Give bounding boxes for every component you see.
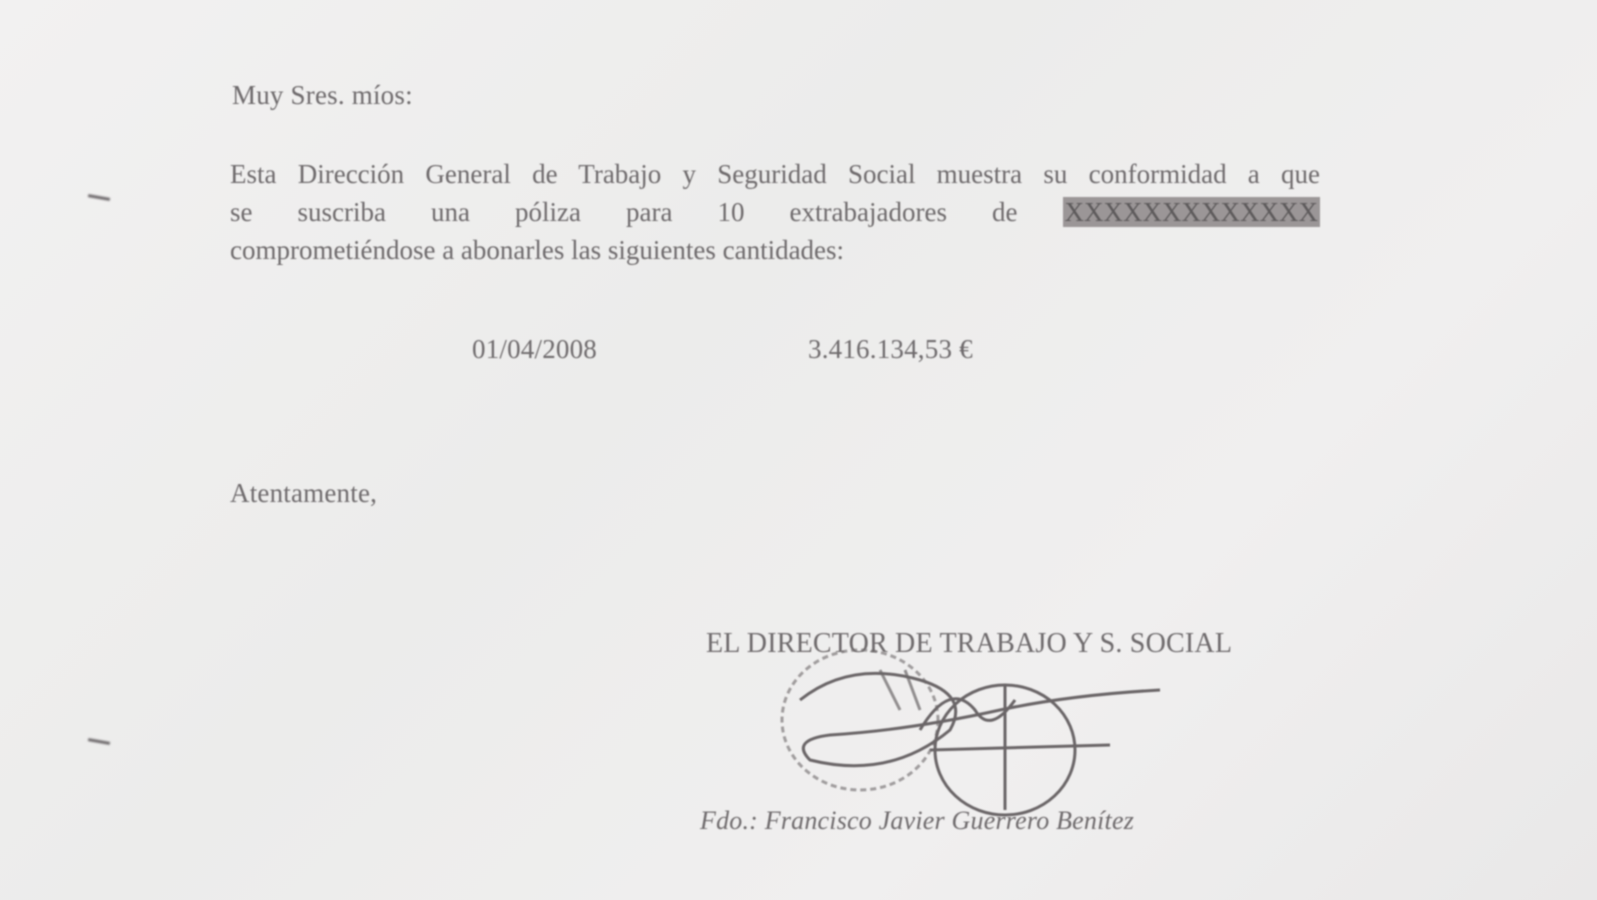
letter-body: Esta Dirección General de Trabajo y Segu… bbox=[230, 155, 1320, 269]
body-line-3: comprometiéndose a abonarles las siguien… bbox=[230, 231, 1320, 269]
payment-amount: 3.416.134,53 € bbox=[808, 334, 973, 365]
letter-closing: Atentamente, bbox=[230, 478, 377, 509]
punch-mark bbox=[88, 738, 110, 745]
body-line-1: Esta Dirección General de Trabajo y Segu… bbox=[230, 155, 1320, 193]
letter-greeting: Muy Sres. míos: bbox=[232, 80, 413, 111]
payment-date: 01/04/2008 bbox=[472, 334, 597, 365]
punch-mark bbox=[88, 194, 110, 201]
signer-name: Fdo.: Francisco Javier Guerrero Benítez bbox=[700, 806, 1134, 836]
letter-page: Muy Sres. míos: Esta Dirección General d… bbox=[0, 0, 1597, 900]
signature-stamp-icon bbox=[770, 640, 1190, 820]
redacted-company: XXXXXXXXXXXXX bbox=[1063, 197, 1320, 227]
body-line-2: se suscriba una póliza para 10 extrabaja… bbox=[230, 193, 1320, 231]
